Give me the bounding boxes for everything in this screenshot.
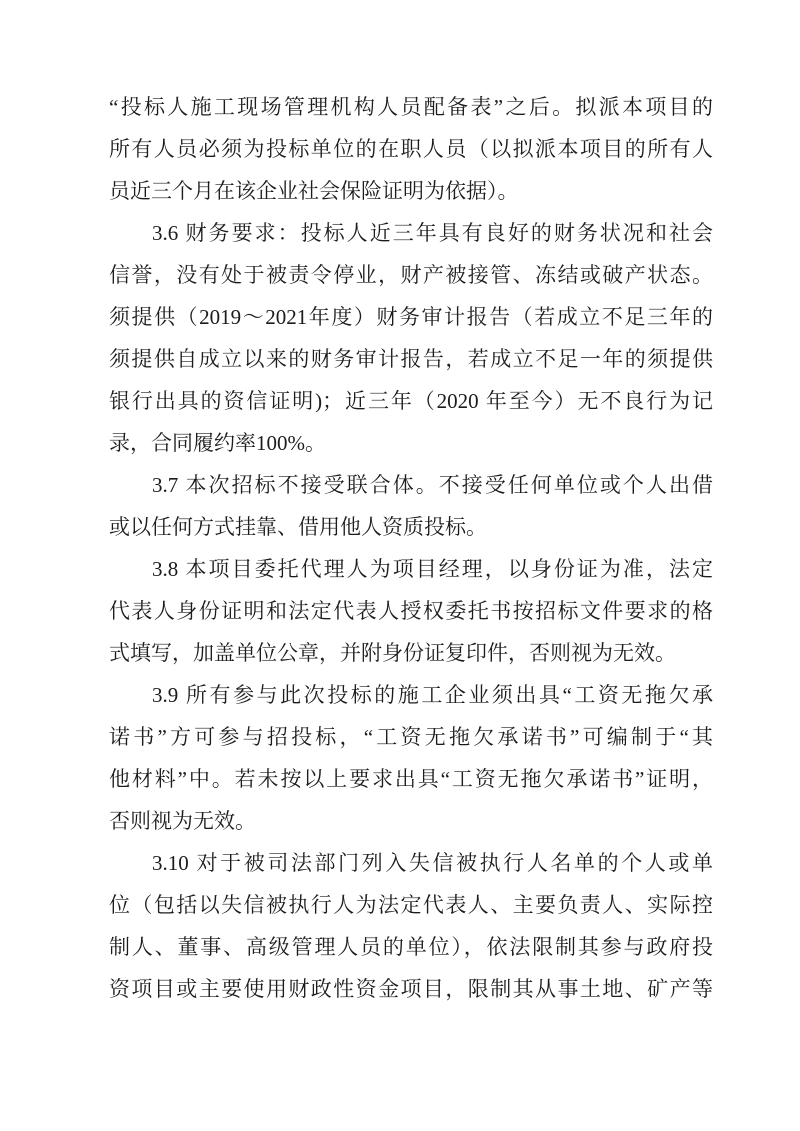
text-line: 3.9 所有参与此次投标的施工企业须出具“工资无拖欠承 — [109, 674, 713, 716]
paragraph-clause-3-7: 3.7 本次招标不接受联合体。不接受任何单位或个人出借 或以任何方式挂靠、借用他… — [109, 464, 713, 548]
text-line: 他材料”中。若未按以上要求出具“工资无拖欠承诺书”证明， — [109, 758, 713, 800]
text-line: 3.8 本项目委托代理人为项目经理，以身份证为准，法定 — [109, 548, 713, 590]
text-line: 录，合同履约率100%。 — [109, 422, 713, 464]
text-line: 或以任何方式挂靠、借用他人资质投标。 — [109, 506, 713, 548]
text-line: “投标人施工现场管理机构人员配备表”之后。拟派本项目的 — [109, 86, 713, 128]
text-line: 银行出具的资信证明)；近三年（2020 年至今）无不良行为记 — [109, 380, 713, 422]
paragraph-clause-3-10: 3.10 对于被司法部门列入失信被执行人名单的个人或单 位（包括以失信被执行人为… — [109, 842, 713, 1010]
text-line: 3.10 对于被司法部门列入失信被执行人名单的个人或单 — [109, 842, 713, 884]
paragraph-continuation: “投标人施工现场管理机构人员配备表”之后。拟派本项目的 所有人员必须为投标单位的… — [109, 86, 713, 212]
text-line: 须提供（2019～2021年度）财务审计报告（若成立不足三年的 — [109, 296, 713, 338]
text-line: 员近三个月在该企业社会保险证明为依据）。 — [109, 170, 713, 212]
text-line: 资项目或主要使用财政性资金项目，限制其从事土地、矿产等 — [109, 968, 713, 1010]
text-line: 3.6 财务要求：投标人近三年具有良好的财务状况和社会 — [109, 212, 713, 254]
text-line: 制人、董事、高级管理人员的单位），依法限制其参与政府投 — [109, 926, 713, 968]
paragraph-clause-3-6: 3.6 财务要求：投标人近三年具有良好的财务状况和社会 信誉，没有处于被责令停业… — [109, 212, 713, 464]
paragraph-clause-3-9: 3.9 所有参与此次投标的施工企业须出具“工资无拖欠承 诺书”方可参与招投标，“… — [109, 674, 713, 842]
text-line: 位（包括以失信被执行人为法定代表人、主要负责人、实际控 — [109, 884, 713, 926]
document-page: “投标人施工现场管理机构人员配备表”之后。拟派本项目的 所有人员必须为投标单位的… — [0, 0, 800, 1131]
text-line: 所有人员必须为投标单位的在职人员（以拟派本项目的所有人 — [109, 128, 713, 170]
text-line: 3.7 本次招标不接受联合体。不接受任何单位或个人出借 — [109, 464, 713, 506]
text-line: 信誉，没有处于被责令停业，财产被接管、冻结或破产状态。 — [109, 254, 713, 296]
text-line: 式填写，加盖单位公章，并附身份证复印件，否则视为无效。 — [109, 632, 713, 674]
text-line: 代表人身份证明和法定代表人授权委托书按招标文件要求的格 — [109, 590, 713, 632]
document-text: “投标人施工现场管理机构人员配备表”之后。拟派本项目的 所有人员必须为投标单位的… — [109, 86, 713, 1010]
text-line: 否则视为无效。 — [109, 800, 713, 842]
paragraph-clause-3-8: 3.8 本项目委托代理人为项目经理，以身份证为准，法定 代表人身份证明和法定代表… — [109, 548, 713, 674]
text-line: 诺书”方可参与招投标，“工资无拖欠承诺书”可编制于“其 — [109, 716, 713, 758]
text-line: 须提供自成立以来的财务审计报告，若成立不足一年的须提供 — [109, 338, 713, 380]
